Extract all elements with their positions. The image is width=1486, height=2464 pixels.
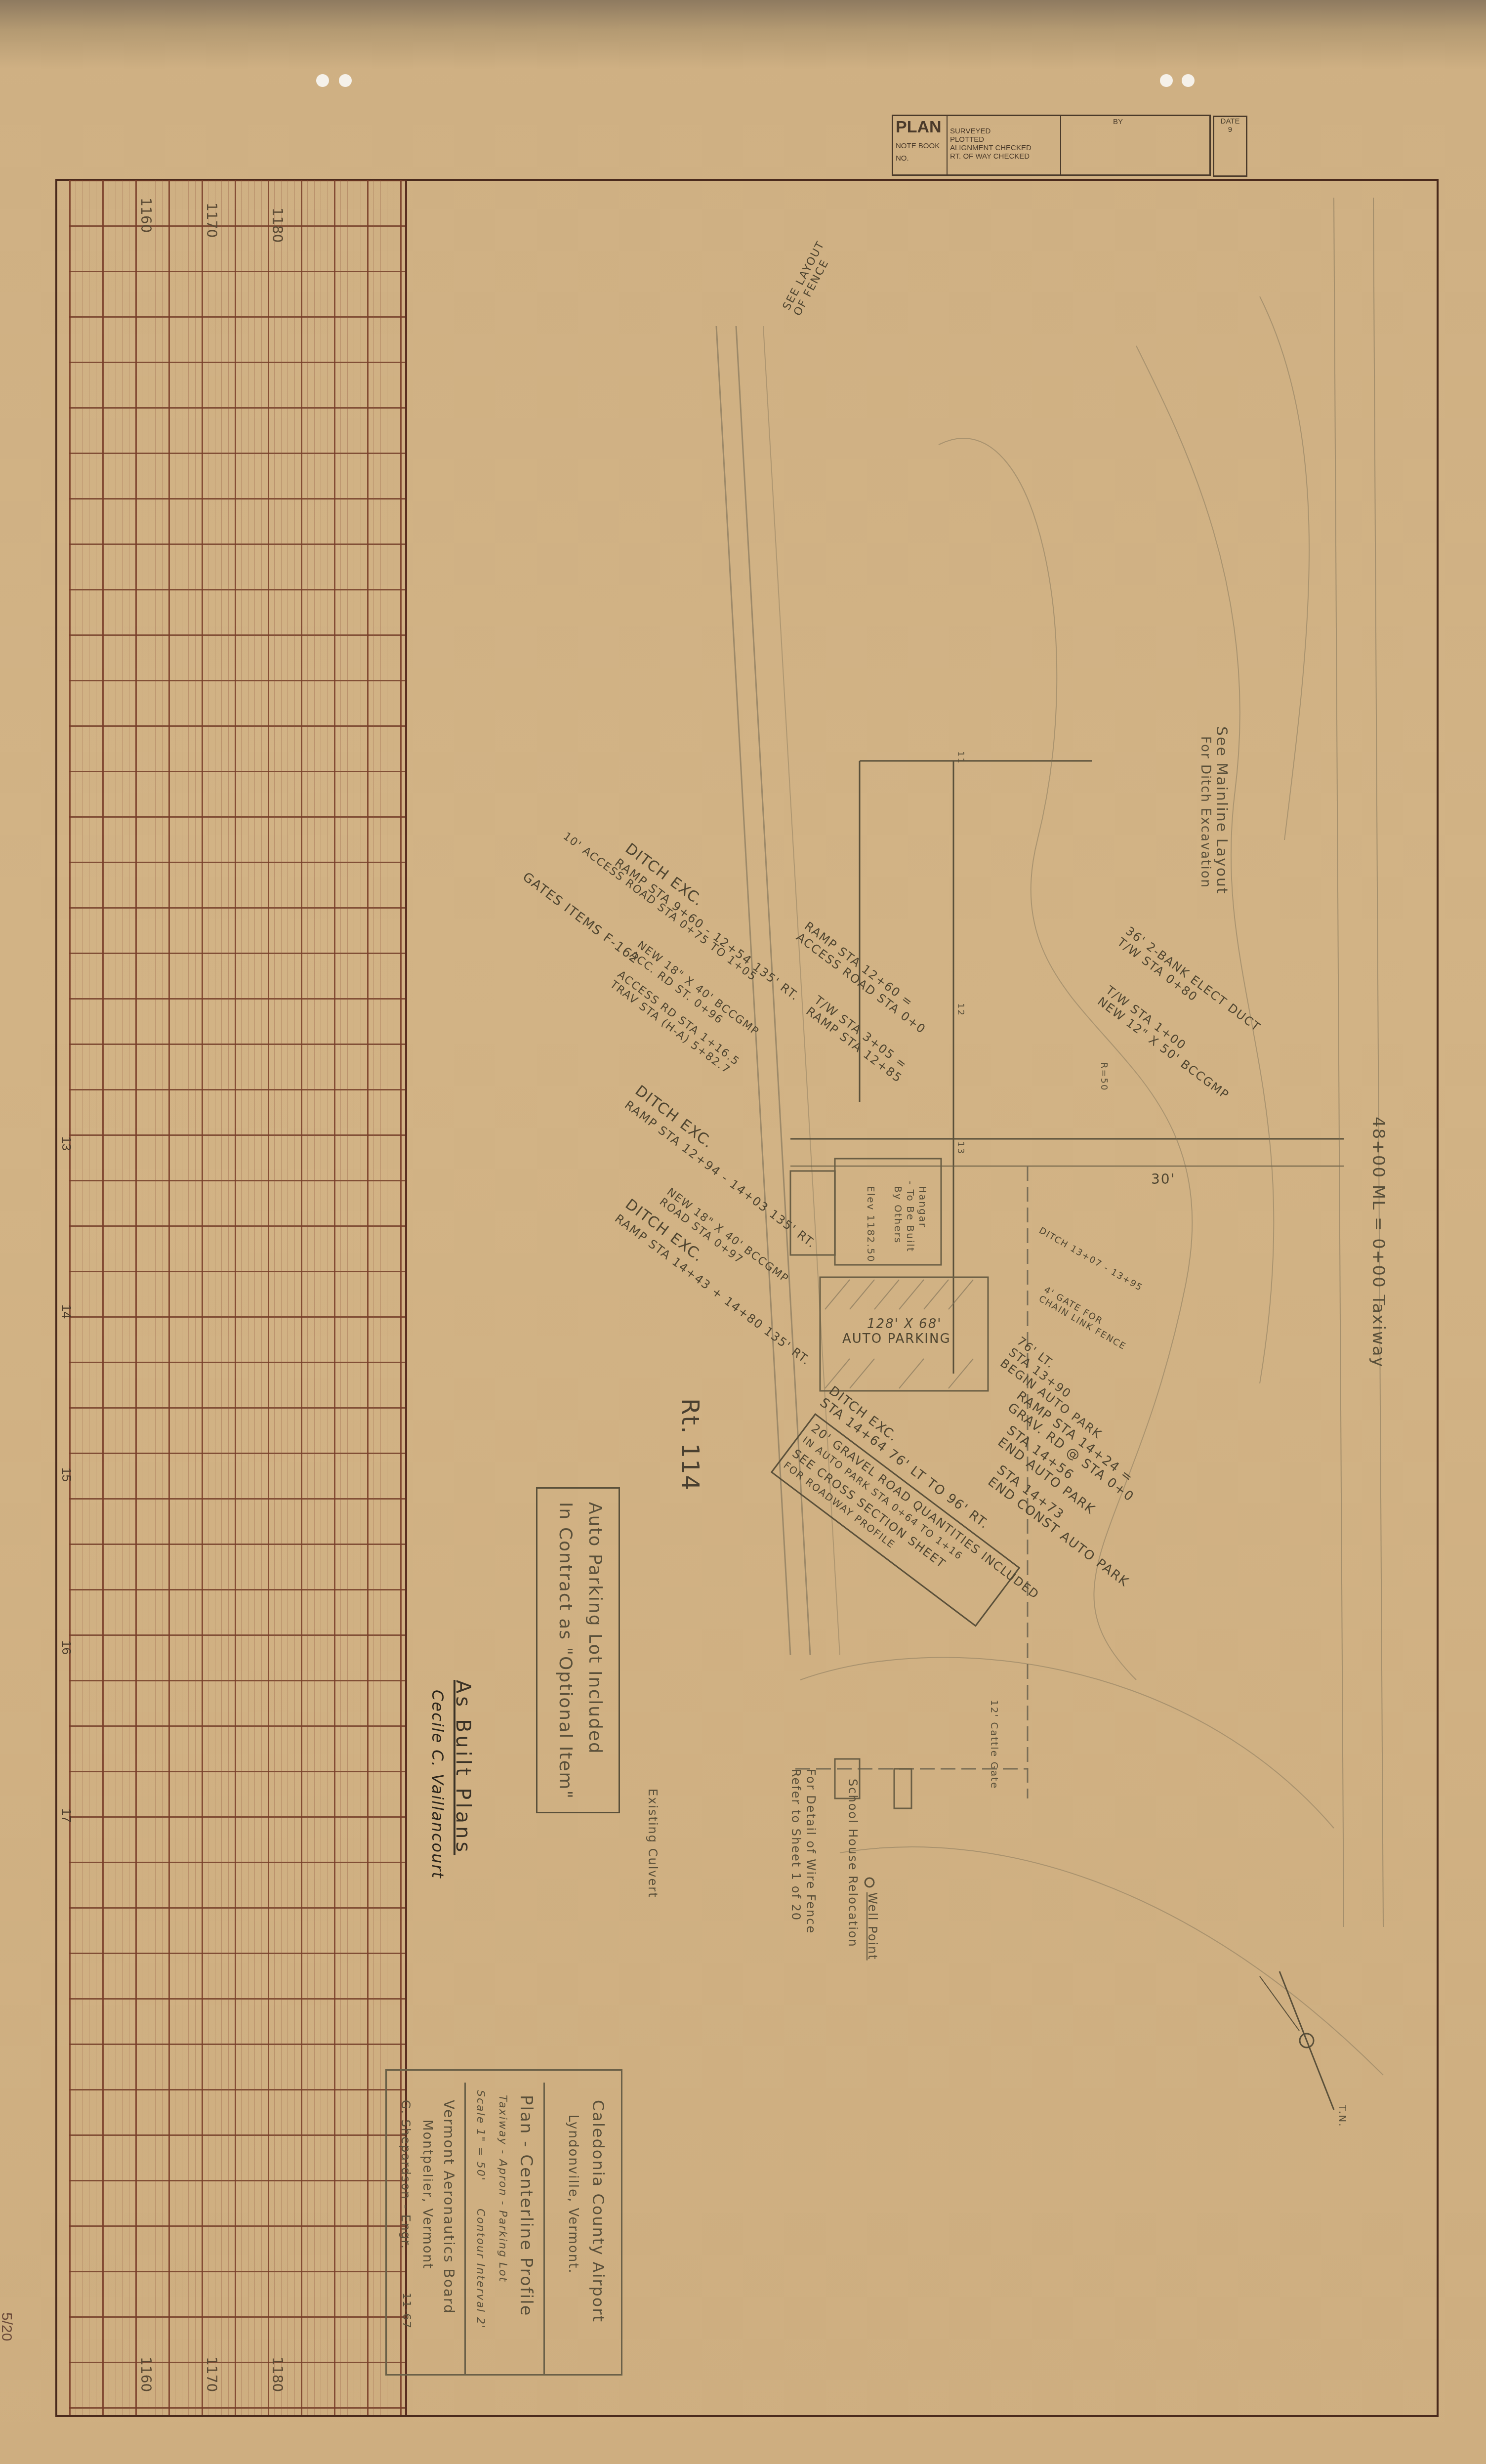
school-house-label: School House Relocation (846, 1779, 860, 1948)
drawing-subtitle: Taxiway - Apron - Parking Lot (496, 2095, 509, 2282)
as-built-stamp: As Built Plans (452, 1680, 474, 1855)
auto-parking-size: 128' x 68' (867, 1317, 942, 1332)
drawing-date: 11-67 (400, 2293, 413, 2329)
contour-interval: Contour Interval 2' (474, 2209, 487, 2329)
ramp-station-12: 12 (955, 1003, 966, 1016)
existing-culvert-label: Existing Culvert (646, 1789, 660, 1898)
hangar-label: Hangar (917, 1186, 929, 1228)
hangar-note: By Others (892, 1186, 904, 1244)
hangar-elevation: Elev 1182.50 (865, 1186, 877, 1262)
ramp-station-13: 13 (955, 1141, 966, 1155)
title-block-divider (464, 2083, 466, 2374)
taxiway-equation: 48+00 ML = 0+00 Taxiway (1368, 1117, 1388, 1368)
engineer-name: G. Shepardson - Engr. (399, 2100, 413, 2250)
well-point-label: Well Point (866, 1892, 879, 1961)
north-label: T.N. (1337, 2105, 1349, 2128)
cattle-gate-label: 12' Cattle Gate (989, 1700, 1000, 1789)
auto-parking-note-line1: Auto Parking Lot Included (585, 1502, 605, 1754)
plan-linework (0, 0, 1486, 2464)
see-mainline-note-1: See Mainline Layout (1213, 726, 1230, 895)
radius-50-label: R=50 (1099, 1062, 1109, 1091)
airport-name: Caledonia County Airport (589, 2100, 608, 2323)
hangar-note: - To Be Built (905, 1181, 916, 1253)
drawing-scale: Scale 1" = 50' (474, 2090, 487, 2181)
title-block-divider (543, 2083, 545, 2374)
see-mainline-note-2: For Ditch Excavation (1198, 736, 1213, 888)
drawing-title: Plan - Centerline Profile (516, 2095, 536, 2317)
as-built-signature: Cecile C. Vaillancourt (428, 1690, 447, 1879)
width-30-label: 30' (1151, 1171, 1175, 1187)
ramp-station-11: 11 (955, 751, 966, 764)
airport-location: Lyndonville, Vermont. (566, 2115, 580, 2274)
route-label: Rt. 114 (676, 1398, 704, 1491)
agency-name: Vermont Aeronautics Board (441, 2100, 457, 2314)
agency-location: Montpelier, Vermont (420, 2120, 435, 2269)
auto-parking-note-line2: In Contract as "Optional Item" (555, 1502, 576, 1799)
wire-fence-note-1: For Detail of Wire Fence (804, 1769, 818, 1934)
auto-parking-note-box (536, 1487, 620, 1813)
auto-parking-label: Auto Parking (842, 1332, 951, 1346)
wire-fence-note-2: Refer to Sheet 1 of 20 (789, 1769, 803, 1921)
